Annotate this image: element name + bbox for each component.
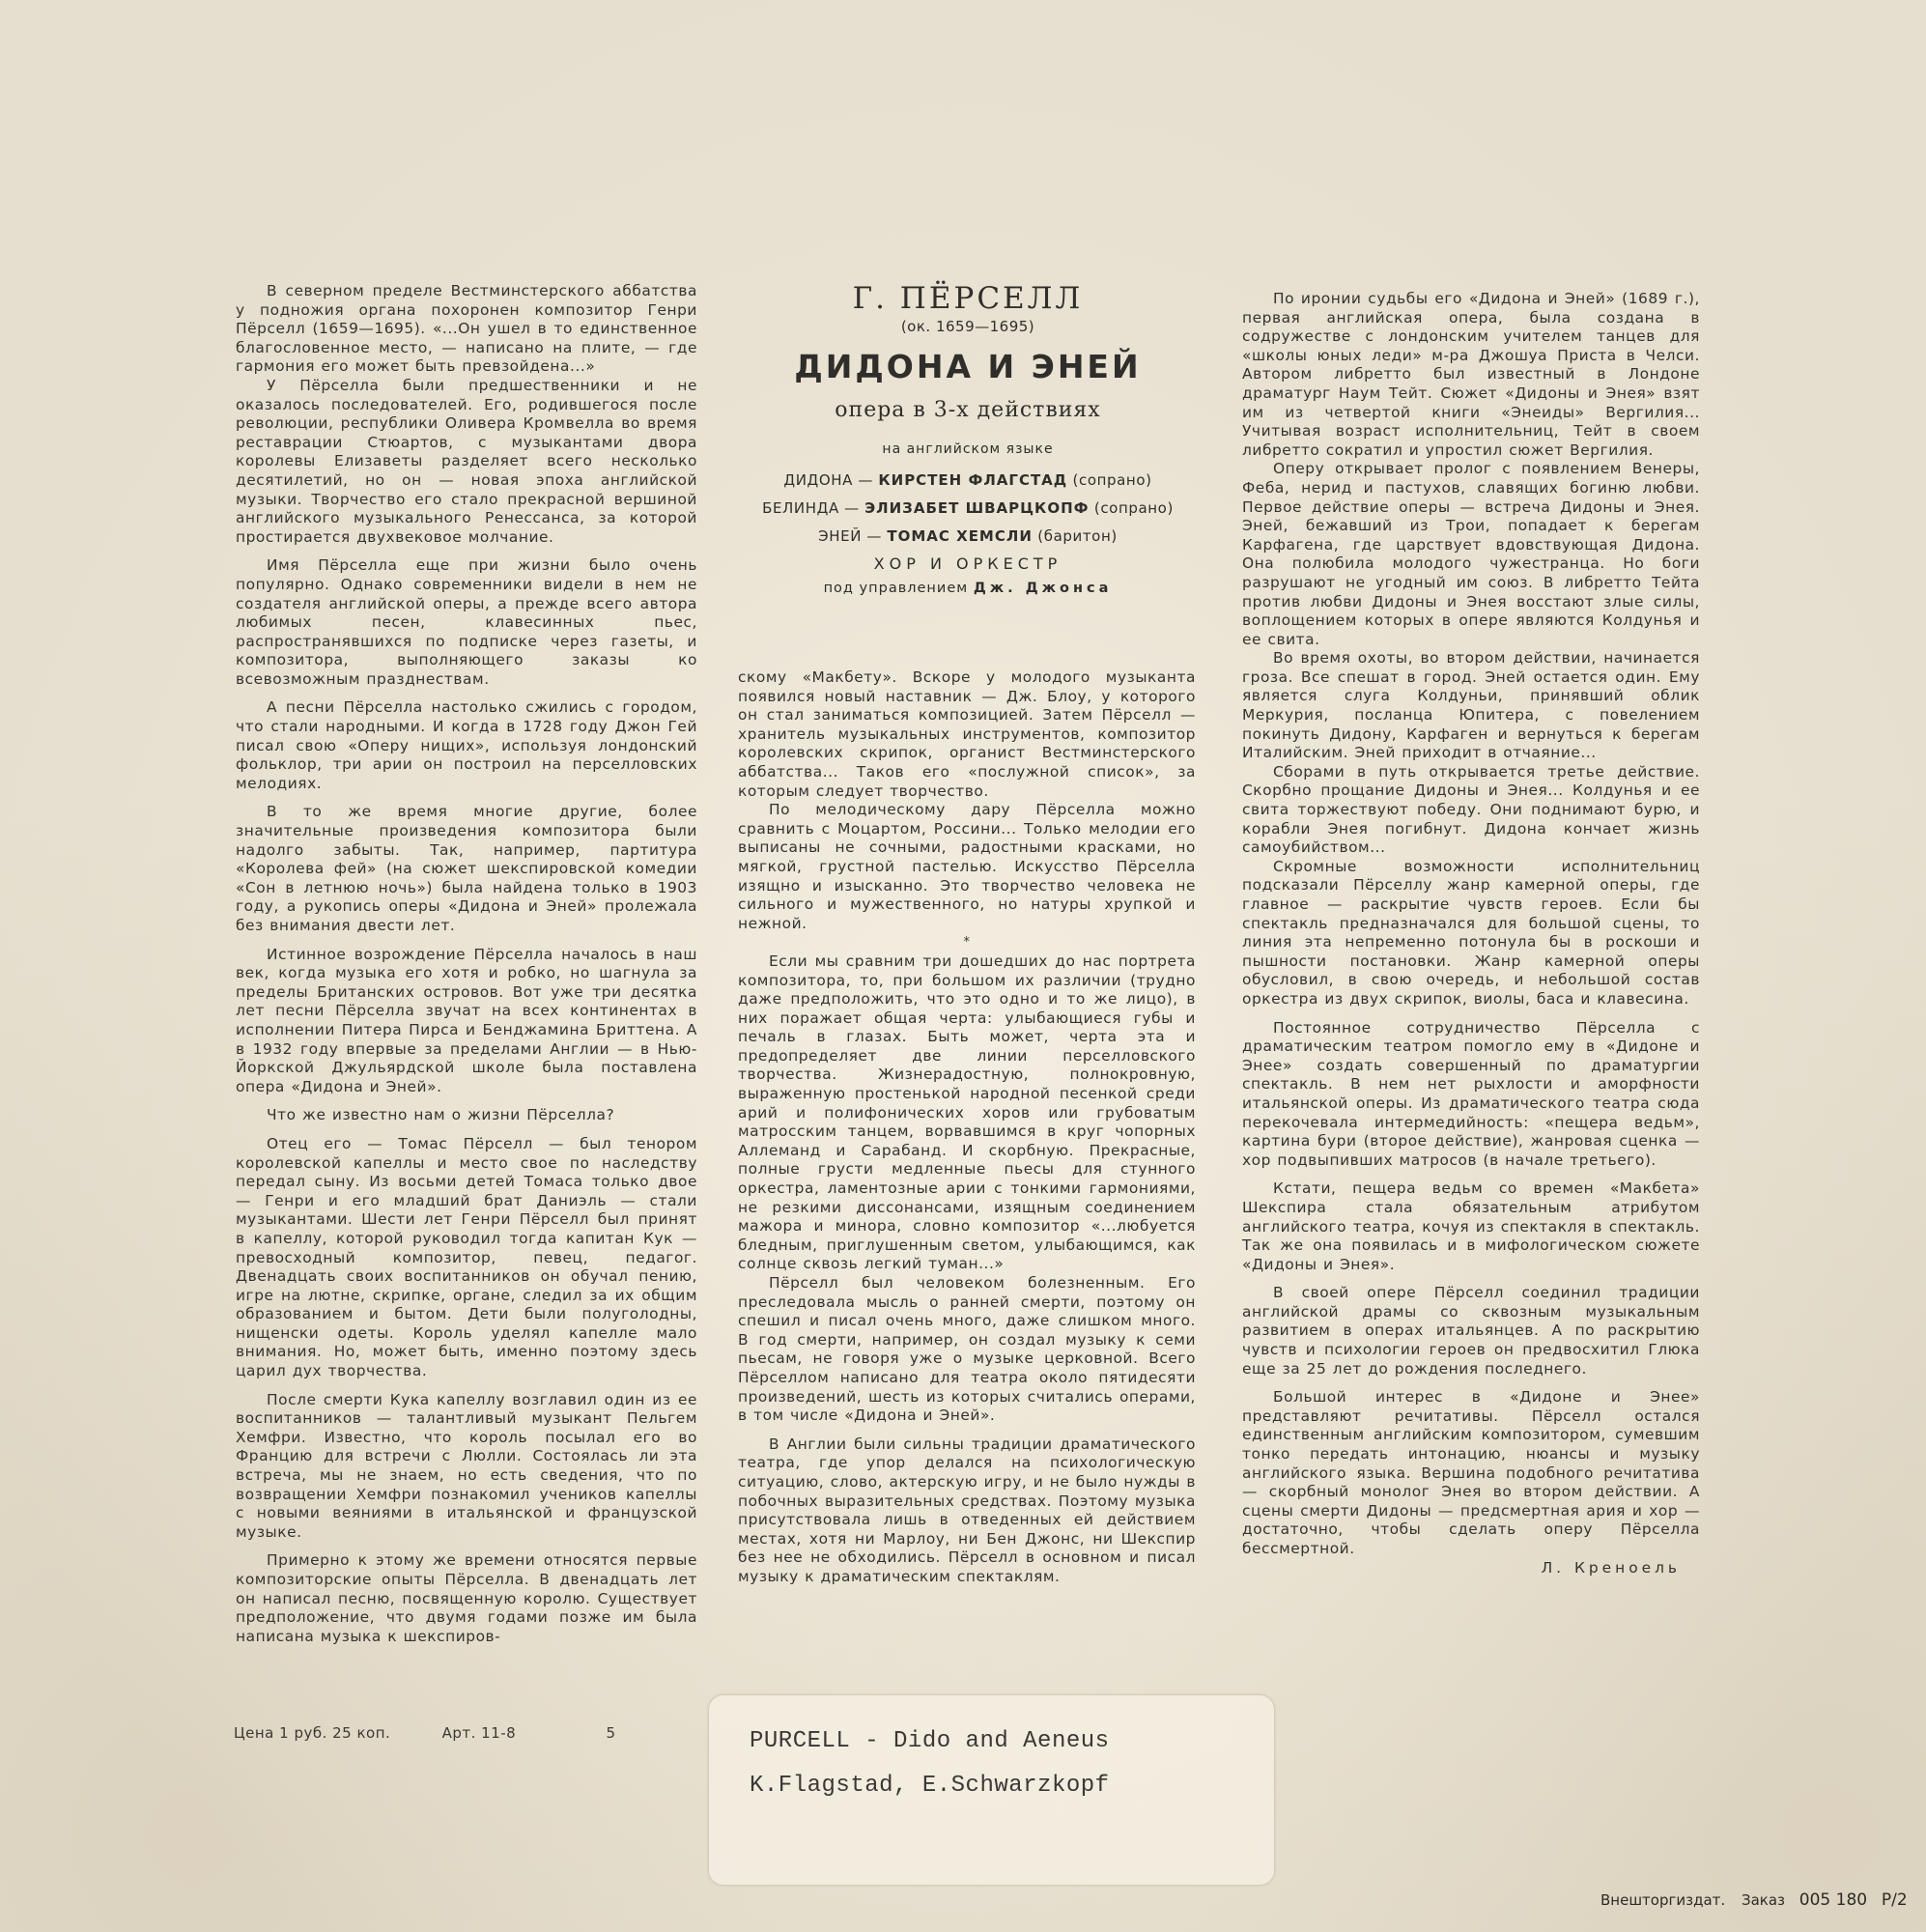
paragraph: У Пёрселла были предшественники и не ока…: [236, 377, 697, 547]
order-suffix: Р/2: [1882, 1890, 1908, 1910]
sticker-performers: K.Flagstad, E.Schwarzkopf: [750, 1773, 1110, 1799]
order-label: Заказ: [1742, 1891, 1785, 1909]
cast-role: ЭНЕЙ —: [818, 527, 882, 545]
price: Цена 1 руб. 25 коп.: [234, 1724, 390, 1742]
conductor-prefix: под управлением: [824, 581, 969, 596]
paragraph: После смерти Кука капеллу возглавил один…: [236, 1391, 697, 1543]
cast-line: ЭНЕЙ — ТОМАС ХЕМСЛИ (баритон): [734, 526, 1202, 547]
paragraph: В то же время многие другие, более значи…: [236, 803, 697, 935]
ensemble: ХОР И ОРКЕСТР: [734, 554, 1202, 575]
paragraph: Если мы сравним три дошедших до нас порт…: [738, 952, 1196, 1274]
paragraph: скому «Макбету». Вскоре у молодого музык…: [738, 668, 1196, 801]
paragraph: Во время охоты, во втором действии, начи…: [1242, 649, 1700, 763]
opera-subtitle: опера в 3-х действиях: [734, 396, 1202, 425]
typed-sticker-label: PURCELL - Dido and Aeneus K.Flagstad, E.…: [708, 1694, 1275, 1886]
paragraph: Пёрселл был человеком болезненным. Его п…: [738, 1274, 1196, 1426]
paragraph: Кстати, пещера ведьм со времен «Макбета»…: [1242, 1179, 1700, 1274]
cast-singer: ЭЛИЗАБЕТ ШВАРЦКОПФ: [864, 499, 1089, 517]
title-block: Г. ПЁРСЕЛЛ (ок. 1659—1695) ДИДОНА И ЭНЕЙ…: [734, 280, 1202, 596]
right-column: По иронии судьбы его «Дидона и Эней» (16…: [1242, 290, 1700, 1577]
paragraph: В Англии были сильны традиции драматичес…: [738, 1435, 1196, 1587]
paragraph: Имя Пёрселла еще при жизни было очень по…: [236, 556, 697, 689]
paragraph: По мелодическому дару Пёрселла можно сра…: [738, 801, 1196, 933]
paragraph: Оперу открывает пролог с появлением Вене…: [1242, 460, 1700, 649]
opera-title: ДИДОНА И ЭНЕЙ: [734, 348, 1202, 386]
cast-voice: (сопрано): [1073, 471, 1152, 489]
section-question: Что же известно нам о жизни Пёрселла?: [236, 1106, 697, 1125]
cast-role: ДИДОНА —: [783, 471, 873, 489]
cast-singer: ТОМАС ХЕМСЛИ: [887, 527, 1033, 545]
paragraph: Скромные возможности исполнительниц подс…: [1242, 858, 1700, 1009]
paragraph: Истинное возрождение Пёрселла началось в…: [236, 946, 697, 1097]
paragraph: По иронии судьбы его «Дидона и Эней» (16…: [1242, 290, 1700, 460]
cast-voice: (баритон): [1037, 527, 1118, 545]
publisher-line: Внешторгиздат. Заказ 005 180 Р/2: [1600, 1890, 1908, 1910]
paragraph: В своей опере Пёрселл соединил традиции …: [1242, 1284, 1700, 1378]
composer-name: Г. ПЁРСЕЛЛ: [734, 280, 1202, 317]
cast-line: БЕЛИНДА — ЭЛИЗАБЕТ ШВАРЦКОПФ (сопрано): [734, 497, 1202, 519]
sticker-title: PURCELL - Dido and Aeneus: [750, 1728, 1110, 1754]
price-line: Цена 1 руб. 25 коп. Арт. 11-8 5: [234, 1724, 616, 1742]
paragraph: Отец его — Томас Пёрселл — был тенором к…: [236, 1135, 697, 1381]
cast-voice: (сопрано): [1094, 499, 1174, 517]
conductor-line: под управлением Дж. Джонса: [734, 581, 1202, 596]
article-number: Арт. 11-8: [442, 1724, 517, 1742]
paragraph: Постоянное сотрудничество Пёрселла с дра…: [1242, 1019, 1700, 1171]
page-number: 5: [606, 1724, 615, 1742]
cast-role: БЕЛИНДА —: [762, 499, 860, 517]
conductor-name: Дж. Джонса: [974, 581, 1113, 596]
paragraph: В северном пределе Вестминстерского абба…: [236, 282, 697, 377]
paragraph: А песни Пёрселла настолько сжились с гор…: [236, 698, 697, 793]
cast-line: ДИДОНА — КИРСТЕН ФЛАГСТАД (сопрано): [734, 469, 1202, 491]
author-signature: Л. Креноель: [1242, 1559, 1700, 1578]
section-separator: *: [738, 933, 1196, 952]
composer-dates: (ок. 1659—1695): [734, 317, 1202, 336]
left-column: В северном пределе Вестминстерского абба…: [236, 282, 697, 1646]
language-note: на английском языке: [734, 440, 1202, 458]
publisher-name: Внешторгиздат.: [1600, 1891, 1725, 1909]
paragraph: Примерно к этому же времени относятся пе…: [236, 1551, 697, 1646]
middle-column: скому «Макбету». Вскоре у молодого музык…: [738, 668, 1196, 1587]
cast-singer: КИРСТЕН ФЛАГСТАД: [878, 471, 1067, 489]
paragraph: Большой интерес в «Дидоне и Энее» предст…: [1242, 1388, 1700, 1558]
paragraph: Сборами в путь открывается третье действ…: [1242, 763, 1700, 858]
order-number: 005 180: [1799, 1890, 1867, 1910]
